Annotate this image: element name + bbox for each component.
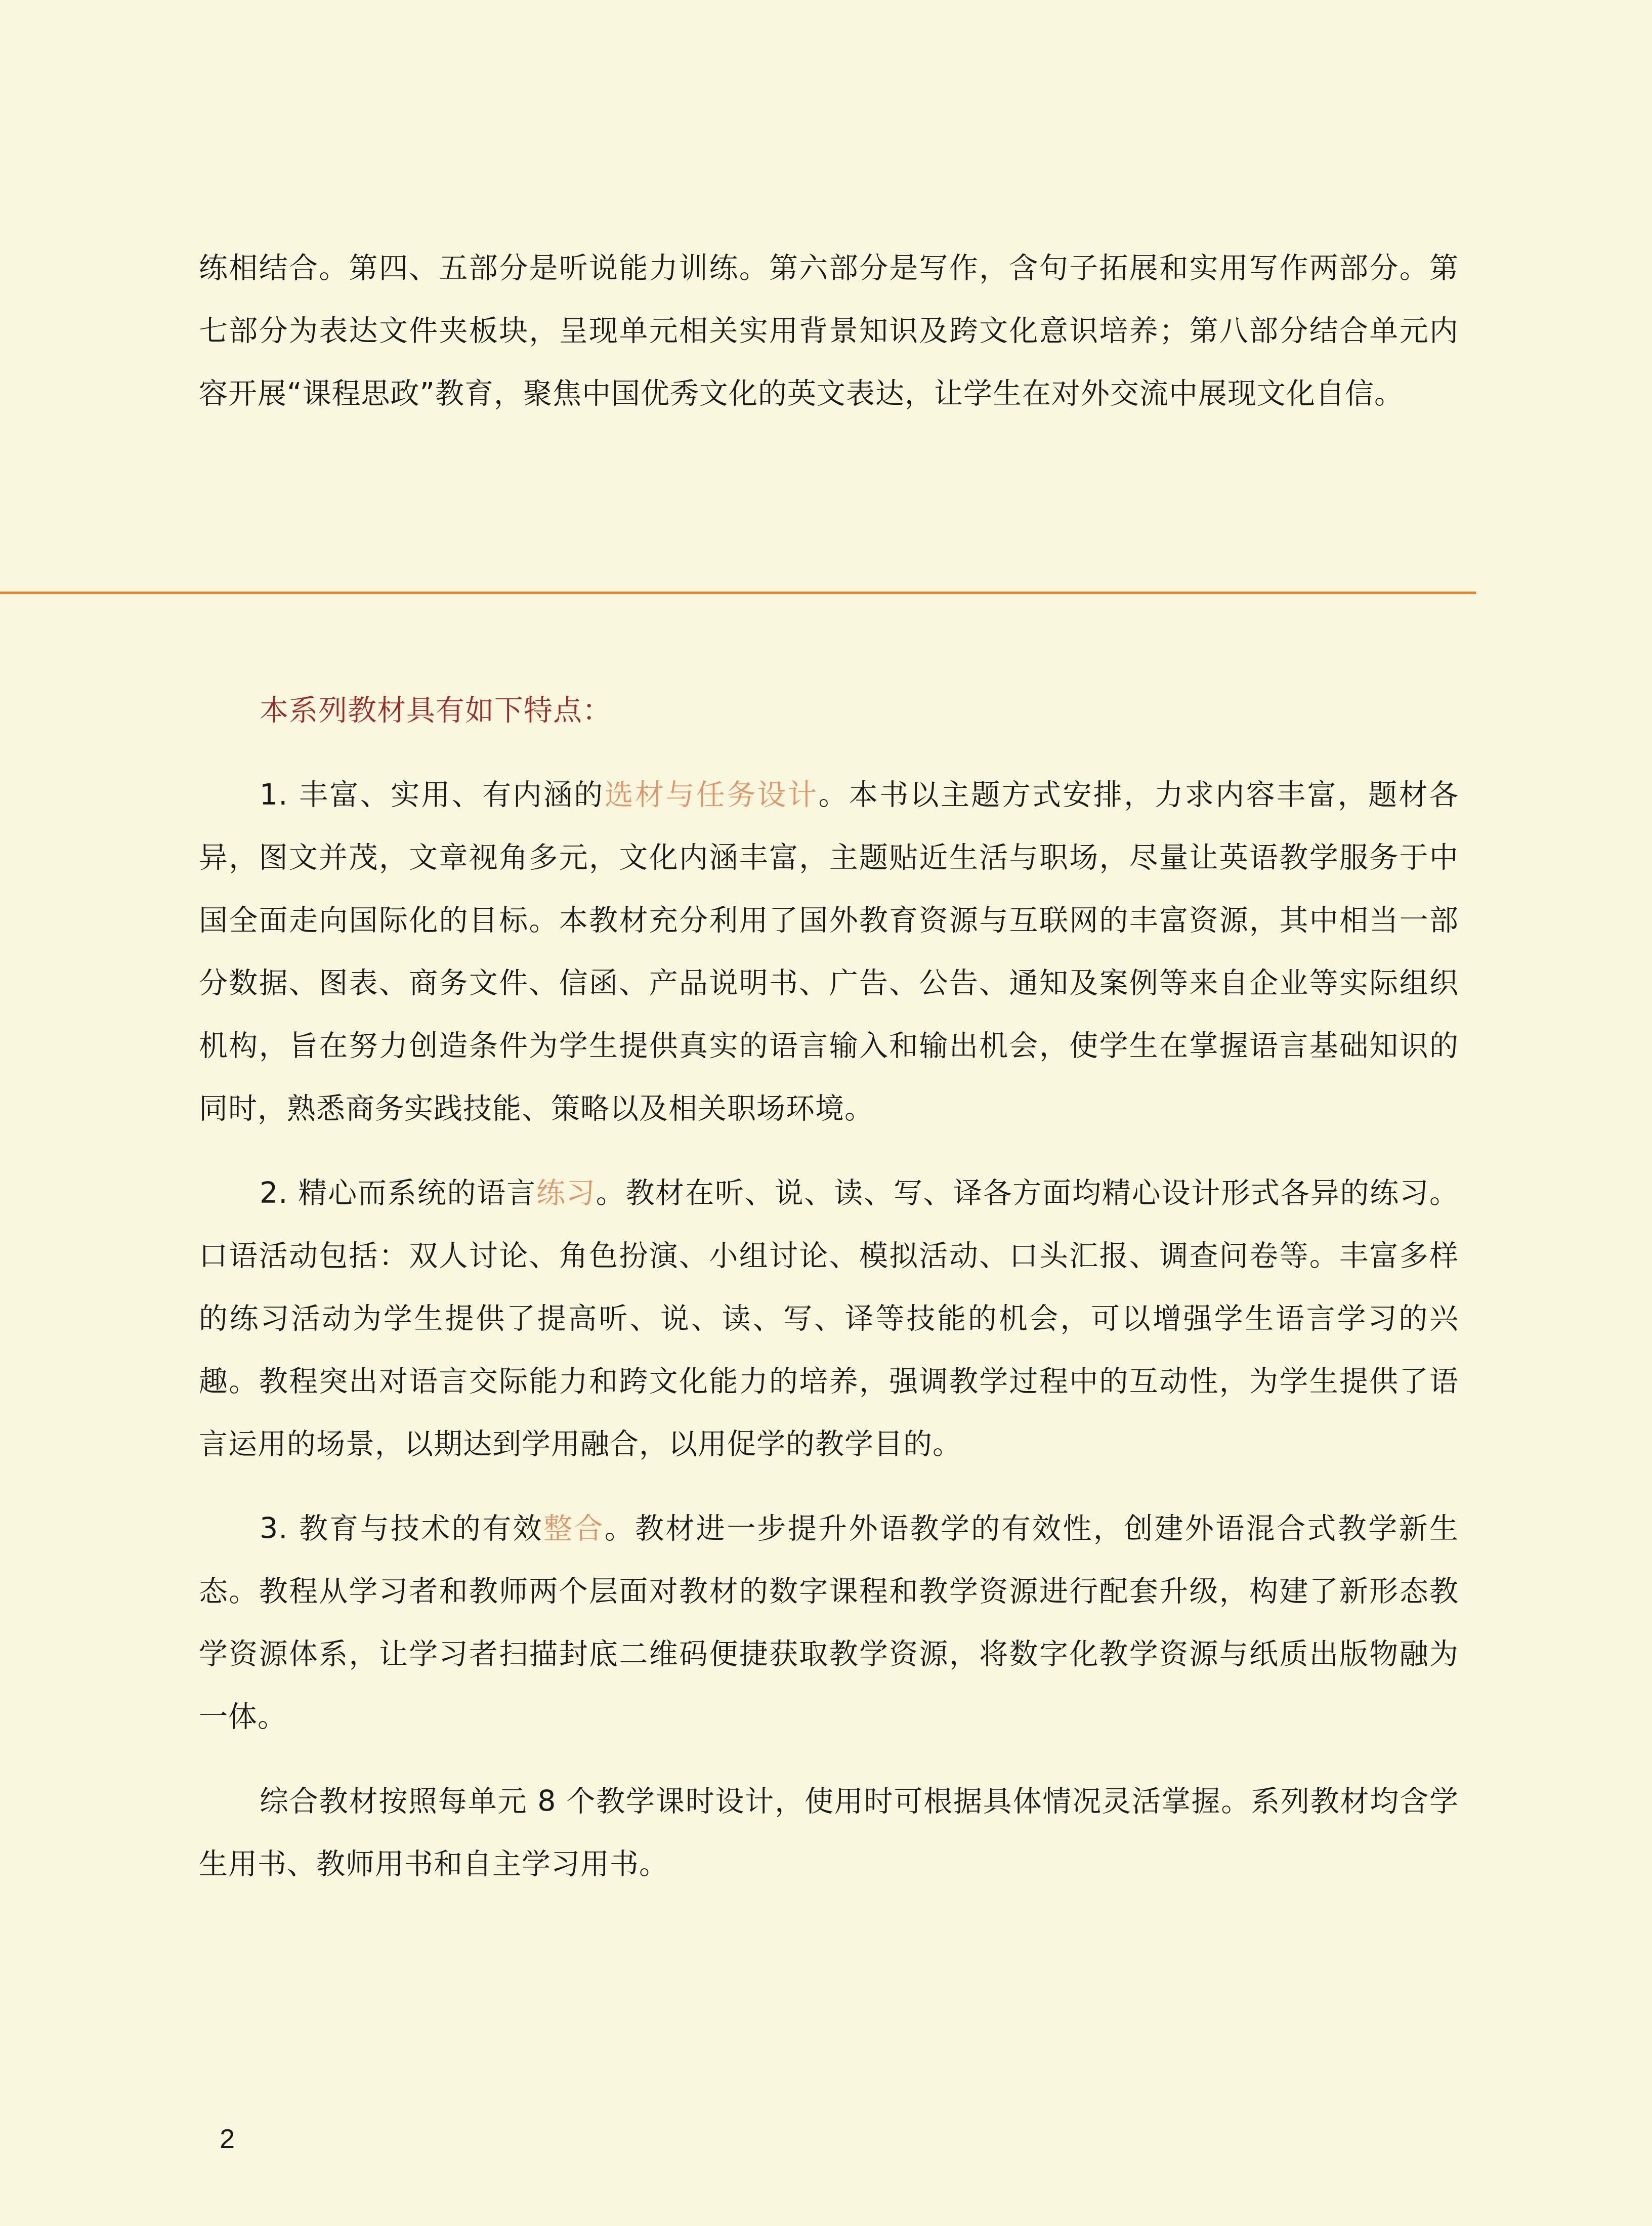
- feature-item-2-highlight: 练习: [536, 1177, 596, 1210]
- feature-item-2-body: 。教材在听、说、读、写、译各方面均精心设计形式各异的练习。口语活动包括：双人讨论…: [199, 1177, 1459, 1461]
- intro-text: 练相结合。第四、五部分是听说能力训练。第六部分是写作，含句子拓展和实用写作两部分…: [199, 237, 1459, 425]
- intro-paragraph: 练相结合。第四、五部分是听说能力训练。第六部分是写作，含句子拓展和实用写作两部分…: [199, 237, 1459, 425]
- feature-item-3-prefix: 3. 教育与技术的有效: [260, 1512, 543, 1545]
- features-section: 本系列教材具有如下特点： 1. 丰富、实用、有内涵的选材与任务设计。本书以主题方…: [199, 679, 1459, 1917]
- feature-item-3: 3. 教育与技术的有效整合。教材进一步提升外语教学的有效性，创建外语混合式教学新…: [199, 1497, 1459, 1748]
- section-divider: [0, 592, 1476, 594]
- features-heading: 本系列教材具有如下特点：: [199, 679, 1459, 742]
- feature-item-1-prefix: 1. 丰富、实用、有内涵的: [260, 778, 605, 812]
- feature-item-1-body: 。本书以主题方式安排，力求内容丰富，题材各异，图文并茂，文章视角多元，文化内涵丰…: [199, 778, 1459, 1125]
- feature-item-2: 2. 精心而系统的语言练习。教材在听、说、读、写、译各方面均精心设计形式各异的练…: [199, 1162, 1459, 1476]
- closing-paragraph: 综合教材按照每单元 8 个教学课时设计，使用时可根据具体情况灵活掌握。系列教材均…: [199, 1770, 1459, 1896]
- feature-item-2-prefix: 2. 精心而系统的语言: [260, 1177, 536, 1210]
- feature-item-3-highlight: 整合: [543, 1512, 605, 1545]
- page-number: 2: [220, 2123, 235, 2155]
- feature-item-1-highlight: 选材与任务设计: [605, 778, 819, 812]
- feature-item-1: 1. 丰富、实用、有内涵的选材与任务设计。本书以主题方式安排，力求内容丰富，题材…: [199, 764, 1459, 1140]
